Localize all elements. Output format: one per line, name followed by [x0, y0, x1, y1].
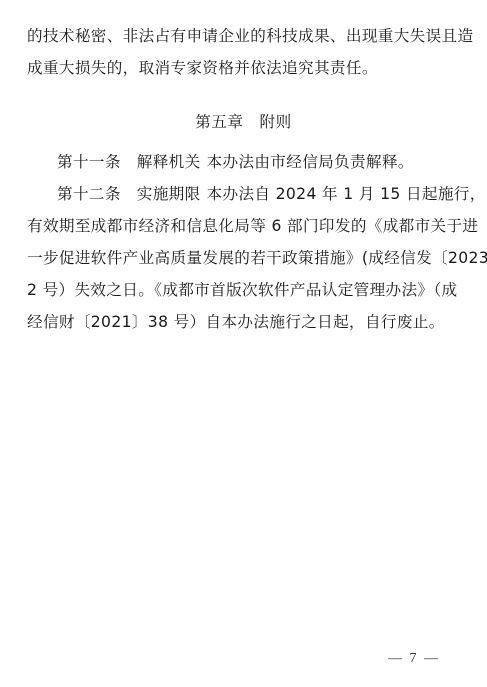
article-title: 实施期限 — [137, 185, 201, 203]
chapter-title: 附则 — [260, 113, 292, 131]
article-number: 第十二条 — [57, 185, 121, 203]
article-11: 第十一条解释机关本办法由市经信局负责解释。 — [57, 152, 457, 172]
paragraph-line: 的技术秘密、非法占有申请企业的科技成果、出现重大失误且造 — [27, 26, 457, 46]
paragraph-line: 2 号）失效之日。《成都市首版次软件产品认定管理办法》（成 — [27, 280, 457, 300]
article-12: 第十二条实施期限本办法自 2024 年 1 月 15 日起施行， — [57, 184, 457, 204]
chapter-heading: 第五章附则 — [0, 112, 487, 132]
chapter-number: 第五章 — [195, 113, 243, 131]
paragraph-line: 有效期至成都市经济和信息化局等 6 部门印发的《成都市关于进 — [27, 216, 457, 236]
document-page: 的技术秘密、非法占有申请企业的科技成果、出现重大失误且造 成重大损失的，取消专家… — [0, 0, 487, 687]
paragraph-line: 成重大损失的，取消专家资格并依法追究其责任。 — [27, 58, 457, 78]
paragraph-line: 一步促进软件产业高质量发展的若干政策措施》(成经信发〔2023〕 — [27, 248, 457, 268]
paragraph-line: 经信财〔2021〕38 号）自本办法施行之日起，自行废止。 — [27, 312, 457, 332]
article-text: 本办法由市经信局负责解释。 — [207, 153, 414, 171]
article-title: 解释机关 — [137, 153, 201, 171]
article-number: 第十一条 — [57, 153, 121, 171]
article-text: 本办法自 2024 年 1 月 15 日起施行， — [207, 185, 486, 203]
page-number: — 7 — — [388, 651, 440, 667]
